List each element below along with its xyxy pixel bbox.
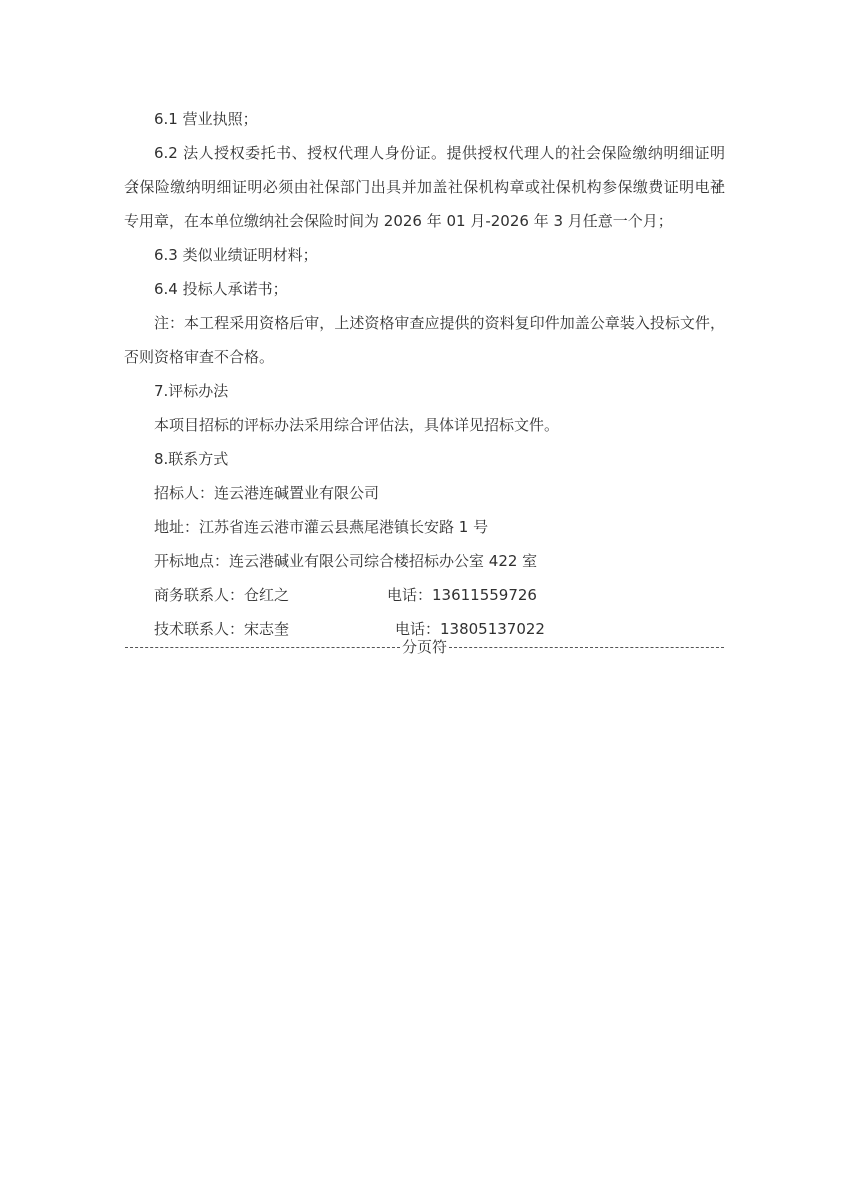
document-content: 6.1 营业执照； 6.2 法人授权委托书、授权代理人身份证。提供授权代理人的社…	[124, 102, 725, 657]
doc-line-6-3: 6.3 类似业绩证明材料；	[124, 238, 725, 272]
doc-line-note-part2: 否则资格审查不合格。	[124, 340, 725, 374]
doc-line-address: 地址：江苏省连云港市灌云县燕尾港镇长安路 1 号	[124, 510, 725, 544]
doc-line-6-4: 6.4 投标人承诺书；	[124, 272, 725, 306]
doc-line-6-2-part3: 专用章，在本单位缴纳社会保险时间为 2026 年 01 月-2026 年 3 月…	[124, 204, 725, 238]
doc-line-6-2-part1: 6.2 法人授权委托书、授权代理人身份证。提供授权代理人的社会保险缴纳明细证明（…	[124, 136, 725, 170]
business-contact-phone: 电话：13611559726	[387, 578, 537, 612]
doc-line-7-heading: 7.评标办法	[124, 374, 725, 408]
document-page: 6.1 营业执照； 6.2 法人授权委托书、授权代理人身份证。提供授权代理人的社…	[0, 0, 848, 1200]
doc-line-6-1: 6.1 营业执照；	[124, 102, 725, 136]
doc-line-7-body: 本项目招标的评标办法采用综合评估法，具体详见招标文件。	[124, 408, 725, 442]
doc-line-8-heading: 8.联系方式	[124, 442, 725, 476]
business-contact-name: 商务联系人：仓红之	[124, 578, 387, 612]
page-break-label: 分页符	[400, 637, 449, 657]
doc-line-bid-location: 开标地点：连云港碱业有限公司综合楼招标办公室 422 室	[124, 544, 725, 578]
contact-row-business: 商务联系人：仓红之电话：13611559726	[124, 578, 725, 612]
doc-line-note-part1: 注：本工程采用资格后审，上述资格审查应提供的资料复印件加盖公章装入投标文件，	[124, 306, 725, 340]
technical-contact-name: 技术联系人：宋志奎	[124, 612, 395, 646]
doc-line-tenderer: 招标人：连云港连碱置业有限公司	[124, 476, 725, 510]
doc-line-6-2-part2: 会保险缴纳明细证明必须由社保部门出具并加盖社保机构章或社保机构参保缴费证明电子	[124, 170, 725, 204]
